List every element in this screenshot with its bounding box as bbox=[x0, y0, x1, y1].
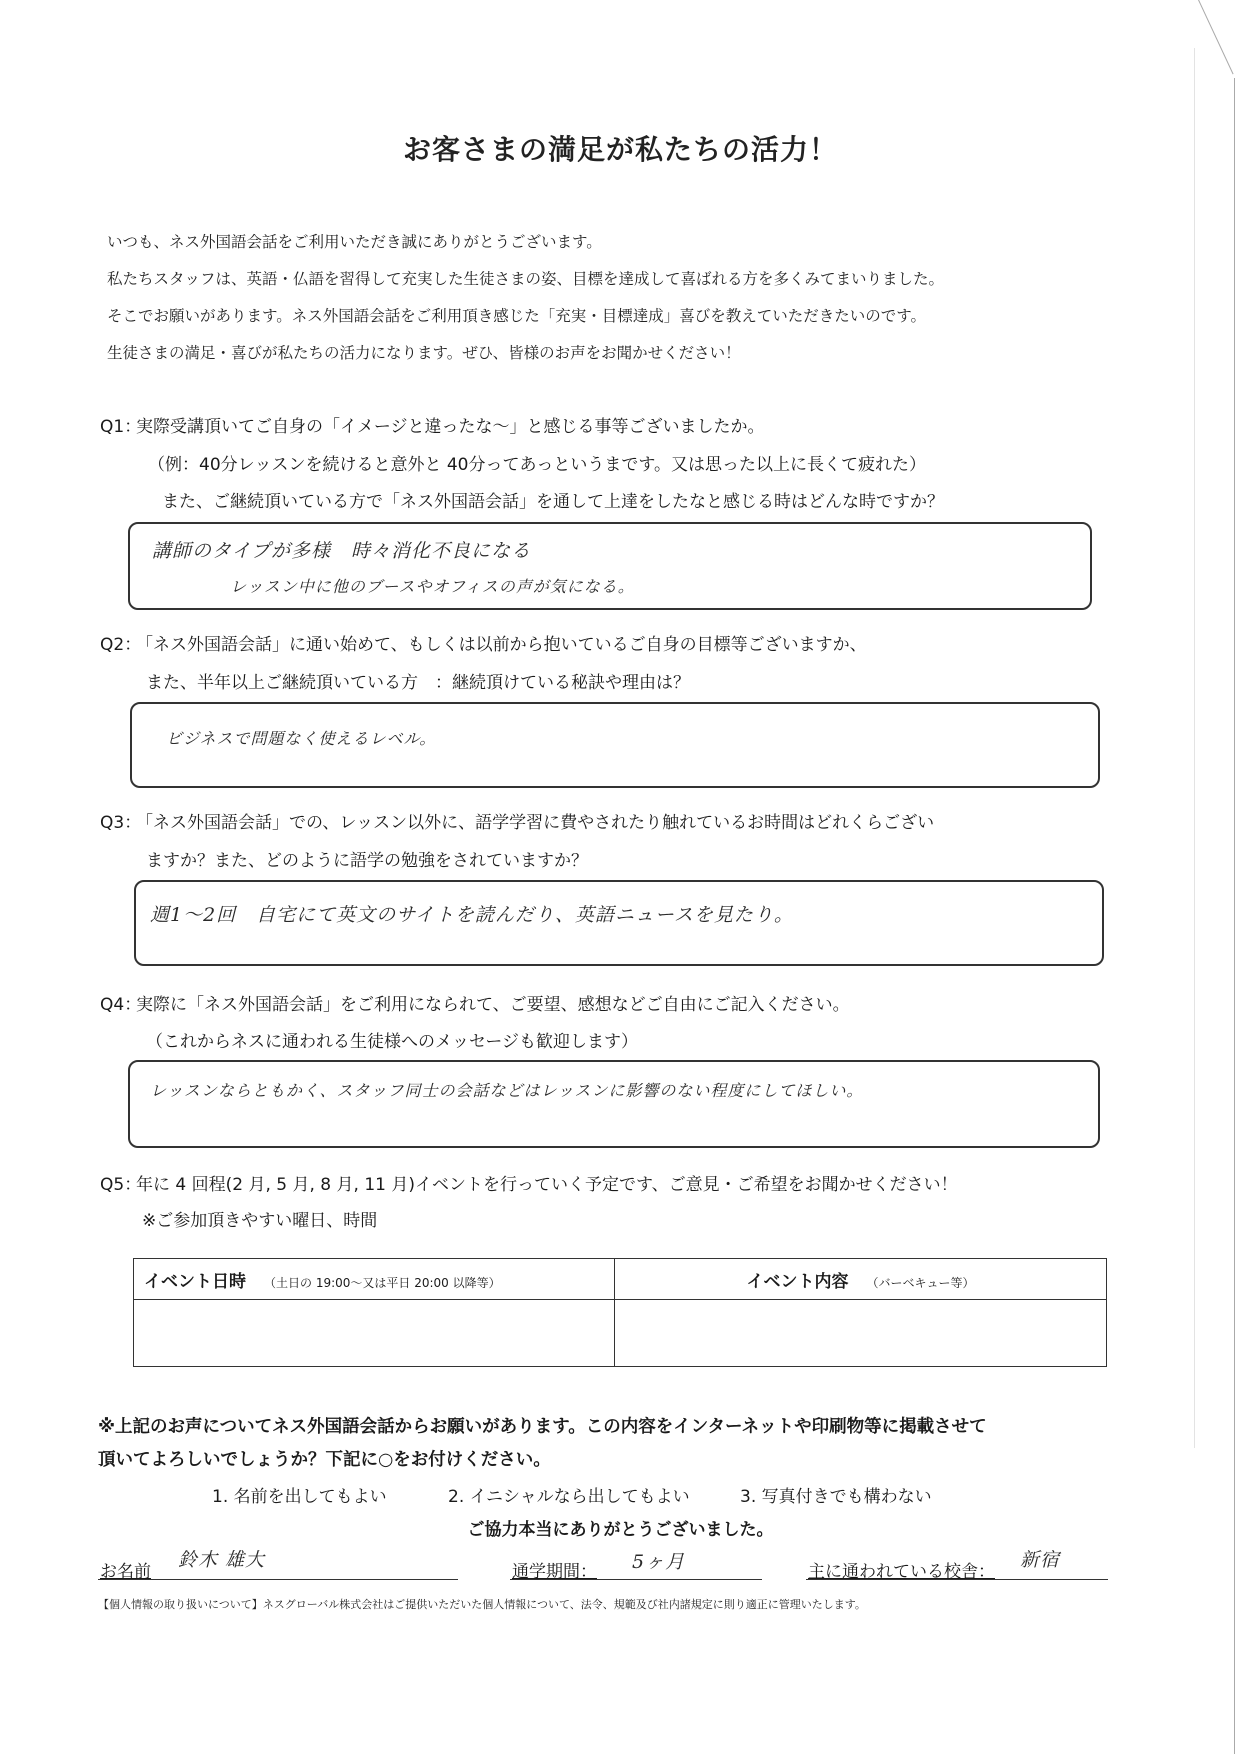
q4-line-1: Q4：実際に「ネス外国語会話」をご利用になられて、ご要望、感想などご自由にご記入… bbox=[100, 990, 850, 1015]
q4-line-2: （これからネスに通われる生徒様へのメッセージも歓迎します） bbox=[146, 1027, 638, 1052]
name-value: 鈴木 雄大 bbox=[178, 1545, 265, 1572]
q1-line-3: また、ご継続頂いている方で「ネス外国語会話」を通して上達をしたなと感じる時はどん… bbox=[162, 487, 944, 512]
q2-label: Q2： bbox=[100, 630, 136, 655]
q2-answer-line-1: ビジネスで問題なく使えるレベル。 bbox=[166, 726, 436, 749]
q5-line-2: ※ご参加頂きやすい曜日、時間 bbox=[142, 1206, 377, 1231]
event-datetime-cell[interactable] bbox=[134, 1300, 615, 1367]
q1-answer-line-2: レッスン中に他のブースやオフィスの声が気になる。 bbox=[230, 574, 635, 597]
q2-line-2: また、半年以上ご継続頂いている方 ：継続頂けている秘訣や理由は？ bbox=[146, 668, 690, 693]
q3-answer-line-1: 週1～2回 自宅にて英文のサイトを読んだり、英語ニュースを見たり。 bbox=[150, 900, 794, 927]
q5-line-1: Q5：年に 4 回程(2 月, 5 月, 8 月, 11 月)イベントを行ってい… bbox=[100, 1170, 958, 1195]
q2-line-1: Q2：「ネス外国語会話」に通い始めて、もしくは以前から抱いているご自身の目標等ご… bbox=[100, 630, 867, 655]
period-value: 5ヶ月 bbox=[632, 1547, 685, 1574]
event-table: イベント日時（土日の 19:00～又は平日 20:00 以降等） イベント内容（… bbox=[133, 1258, 1107, 1367]
consent-option-2[interactable]: 2. イニシャルなら出してもよい bbox=[448, 1482, 690, 1507]
q3-label: Q3： bbox=[100, 808, 136, 833]
intro-line-3: そこでお願いがあります。ネス外国語会話をご利用頂き感じた「充実・目標達成」喜びを… bbox=[107, 304, 926, 326]
q3-answer-box[interactable]: 週1～2回 自宅にて英文のサイトを読んだり、英語ニュースを見たり。 bbox=[134, 880, 1104, 966]
event-table-header-row: イベント日時（土日の 19:00～又は平日 20:00 以降等） イベント内容（… bbox=[134, 1259, 1107, 1300]
consent-line-1: ※上記のお声についてネス外国語会話からお願いがあります。この内容をインターネット… bbox=[98, 1413, 987, 1438]
q1-label: Q1： bbox=[100, 412, 136, 437]
name-field[interactable]: お名前 鈴木 雄大 bbox=[98, 1545, 458, 1580]
intro-line-1: いつも、ネス外国語会話をご利用いただき誠にありがとうございます。 bbox=[107, 230, 602, 252]
q1-line-2: （例：40分レッスンを続けると意外と 40分ってあっというまです。又は思った以上… bbox=[148, 450, 926, 475]
event-content-cell[interactable] bbox=[615, 1300, 1107, 1367]
q3-line-2: ますか？また、どのように語学の勉強をされていますか？ bbox=[146, 846, 588, 871]
q1-line-1: Q1：実際受講頂いてご自身の「イメージと違ったな～」と感じる事等ございましたか。 bbox=[100, 412, 765, 437]
q2-answer-box[interactable]: ビジネスで問題なく使えるレベル。 bbox=[130, 702, 1100, 788]
q5-label: Q5： bbox=[100, 1170, 136, 1195]
q3-line-1: Q3：「ネス外国語会話」での、レッスン以外に、語学学習に費やされたり触れているお… bbox=[100, 808, 934, 833]
period-field[interactable]: 通学期間： 5ヶ月 bbox=[510, 1545, 762, 1580]
school-value: 新宿 bbox=[1020, 1545, 1060, 1572]
q4-answer-box[interactable]: レッスンならともかく、スタッフ同士の会話などはレッスンに影響のない程度にしてほし… bbox=[128, 1060, 1100, 1148]
consent-option-3[interactable]: 3. 写真付きでも構わない bbox=[740, 1482, 932, 1507]
intro-line-4: 生徒さまの満足・喜びが私たちの活力になります。ぜひ、皆様のお声をお聞かせください… bbox=[107, 341, 741, 363]
name-label: お名前 bbox=[100, 1557, 151, 1582]
q4-answer-line-1: レッスンならともかく、スタッフ同士の会話などはレッスンに影響のない程度にしてほし… bbox=[150, 1078, 863, 1101]
consent-option-1[interactable]: 1. 名前を出してもよい bbox=[212, 1482, 387, 1507]
consent-line-2: 頂いてよろしいでしょうか？下記に○をお付けください。 bbox=[98, 1446, 551, 1471]
period-label: 通学期間： bbox=[512, 1557, 597, 1582]
school-label: 主に通われている校舎： bbox=[808, 1557, 995, 1582]
school-field[interactable]: 主に通われている校舎： 新宿 bbox=[806, 1545, 1108, 1580]
q4-label: Q4： bbox=[100, 990, 136, 1015]
event-datetime-header: イベント日時（土日の 19:00～又は平日 20:00 以降等） bbox=[134, 1259, 615, 1300]
event-content-header: イベント内容（バーベキュー等） bbox=[615, 1259, 1107, 1300]
intro-line-2: 私たちスタッフは、英語・仏語を習得して充実した生徒さまの姿、目標を達成して喜ばれ… bbox=[107, 267, 944, 289]
q1-answer-box[interactable]: 講師のタイプが多様 時々消化不良になる レッスン中に他のブースやオフィスの声が気… bbox=[128, 522, 1092, 610]
thanks-message: ご協力本当にありがとうございました。 bbox=[0, 1515, 1241, 1540]
scan-edge-diagonal bbox=[1198, 0, 1234, 74]
scan-edge-line bbox=[1234, 78, 1235, 1754]
privacy-notice: 【個人情報の取り扱いについて】ネスグローバル株式会社はご提供いただいた個人情報に… bbox=[98, 1596, 866, 1612]
event-table-row bbox=[134, 1300, 1107, 1367]
q1-answer-line-1: 講師のタイプが多様 時々消化不良になる bbox=[152, 536, 531, 563]
page-title: お客さまの満足が私たちの活力！ bbox=[0, 128, 1241, 168]
scan-edge-faint-line bbox=[1194, 48, 1195, 1448]
